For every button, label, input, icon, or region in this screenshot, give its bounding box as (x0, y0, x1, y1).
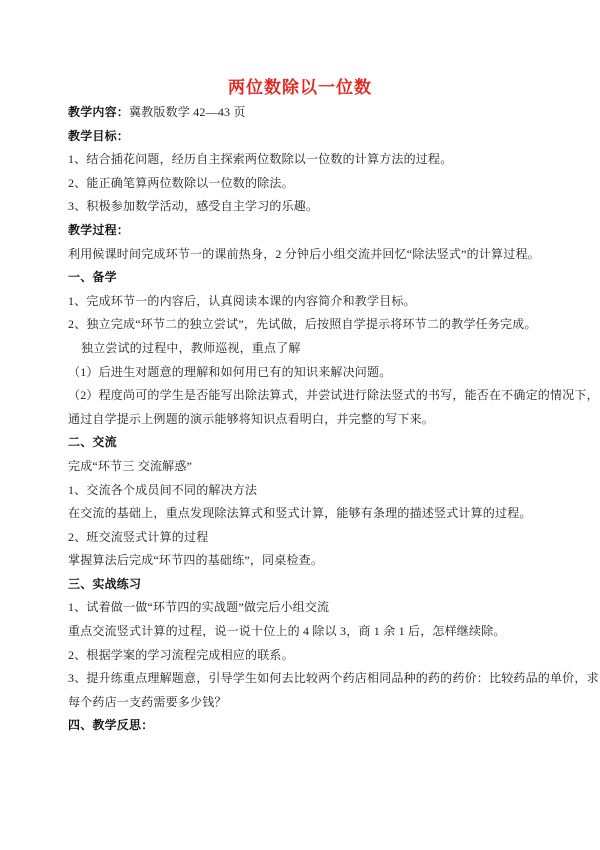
text-line: 掌握算法后完成“环节四的基础练”，同桌检查。 (68, 549, 540, 573)
line-bold-label: 四、教学反思： (68, 718, 153, 732)
document-body: 教学内容：冀教版数学 42—43 页教学目标：1、结合插花问题，经历自主探索两位… (68, 101, 540, 738)
line-text: 3、积极参加数学活动，感受自主学习的乐趣。 (68, 199, 318, 213)
line-text: （1）后进生对题意的理解和如何用已有的知识来解决问题。 (68, 365, 391, 379)
text-line: 教学过程： (68, 219, 540, 243)
text-line: 四、教学反思： (68, 714, 540, 738)
text-line: 3、积极参加数学活动，感受自主学习的乐趣。 (68, 195, 540, 219)
line-text: 3、提升练重点理解题意，引导学生如何去比较两个药店相同品种的药的药价：比较药品的… (68, 671, 599, 685)
lesson-plan-document: 两位数除以一位数 教学内容：冀教版数学 42—43 页教学目标：1、结合插花问题… (0, 0, 600, 850)
line-text: 1、试着做一做“环节四的实战题”做完后小组交流 (68, 600, 329, 614)
text-line: 独立尝试的过程中，教师巡视，重点了解 (68, 337, 540, 361)
line-text: 在交流的基础上，重点发现除法算式和竖式计算，能够有条理的描述竖式计算的过程。 (68, 506, 532, 520)
text-line: 2、能正确笔算两位数除以一位数的除法。 (68, 172, 540, 196)
line-bold-label: 教学过程： (68, 223, 129, 237)
line-text: 利用候课时间完成环节一的课前热身，2 分钟后小组交流并回忆“除法竖式”的计算过程… (68, 247, 540, 261)
line-bold-label: 二、交流 (68, 435, 117, 449)
text-line: 重点交流竖式计算的过程，说一说十位上的 4 除以 3，商 1 余 1 后，怎样继… (68, 620, 540, 644)
text-line: 二、交流 (68, 431, 540, 455)
text-line: 2、独立完成“环节二的独立尝试”，先试做，后按照自学提示将环节二的教学任务完成。 (68, 313, 540, 337)
line-text: 冀教版数学 42—43 页 (129, 105, 246, 119)
document-title: 两位数除以一位数 (0, 0, 600, 98)
text-line: 教学内容：冀教版数学 42—43 页 (68, 101, 540, 125)
line-text: 掌握算法后完成“环节四的基础练”，同桌检查。 (68, 553, 323, 567)
line-text: 完成“环节三 交流解惑” (68, 459, 192, 473)
text-line: （1）后进生对题意的理解和如何用已有的知识来解决问题。 (68, 361, 540, 385)
line-bold-label: 一、备学 (68, 270, 117, 284)
line-text: 2、独立完成“环节二的独立尝试”，先试做，后按照自学提示将环节二的教学任务完成。 (68, 317, 537, 331)
text-line: 完成“环节三 交流解惑” (68, 455, 540, 479)
text-line: 2、根据学案的学习流程完成相应的联系。 (68, 644, 540, 668)
line-bold-label: 教学内容： (68, 105, 129, 119)
text-line: 一、备学 (68, 266, 540, 290)
text-line: 每个药店一支药需要多少钱？ (68, 691, 540, 715)
line-text: 1、完成环节一的内容后，认真阅读本课的内容简介和教学目标。 (68, 294, 416, 308)
line-text: （2）程度尚可的学生是否能写出除法算式，并尝试进行除法竖式的书写，能否在不确定的… (68, 388, 599, 402)
line-text: 2、班交流竖式计算的过程 (68, 530, 208, 544)
text-line: 1、结合插花问题，经历自主探索两位数除以一位数的计算方法的过程。 (68, 148, 540, 172)
line-text: 2、能正确笔算两位数除以一位数的除法。 (68, 176, 294, 190)
text-line: 教学目标： (68, 125, 540, 149)
text-line: 利用候课时间完成环节一的课前热身，2 分钟后小组交流并回忆“除法竖式”的计算过程… (68, 243, 540, 267)
line-text: 2、根据学案的学习流程完成相应的联系。 (68, 648, 294, 662)
text-line: 3、提升练重点理解题意，引导学生如何去比较两个药店相同品种的药的药价：比较药品的… (68, 667, 540, 691)
line-text: 每个药店一支药需要多少钱？ (68, 695, 227, 709)
line-text: 通过自学提示上例题的演示能够将知识点看明白，并完整的写下来。 (68, 412, 434, 426)
text-line: 2、班交流竖式计算的过程 (68, 526, 540, 550)
line-bold-label: 三、实战练习 (68, 577, 141, 591)
text-line: 三、实战练习 (68, 573, 540, 597)
text-line: 1、试着做一做“环节四的实战题”做完后小组交流 (68, 596, 540, 620)
line-text: 独立尝试的过程中，教师巡视，重点了解 (81, 341, 301, 355)
line-text: 1、结合插花问题，经历自主探索两位数除以一位数的计算方法的过程。 (68, 152, 452, 166)
text-line: （2）程度尚可的学生是否能写出除法算式，并尝试进行除法竖式的书写，能否在不确定的… (68, 384, 540, 408)
text-line: 通过自学提示上例题的演示能够将知识点看明白，并完整的写下来。 (68, 408, 540, 432)
text-line: 1、完成环节一的内容后，认真阅读本课的内容简介和教学目标。 (68, 290, 540, 314)
line-bold-label: 教学目标： (68, 129, 129, 143)
text-line: 1、交流各个成员间不同的解决方法 (68, 479, 540, 503)
line-text: 重点交流竖式计算的过程，说一说十位上的 4 除以 3，商 1 余 1 后，怎样继… (68, 624, 506, 638)
line-text: 1、交流各个成员间不同的解决方法 (68, 483, 257, 497)
text-line: 在交流的基础上，重点发现除法算式和竖式计算，能够有条理的描述竖式计算的过程。 (68, 502, 540, 526)
